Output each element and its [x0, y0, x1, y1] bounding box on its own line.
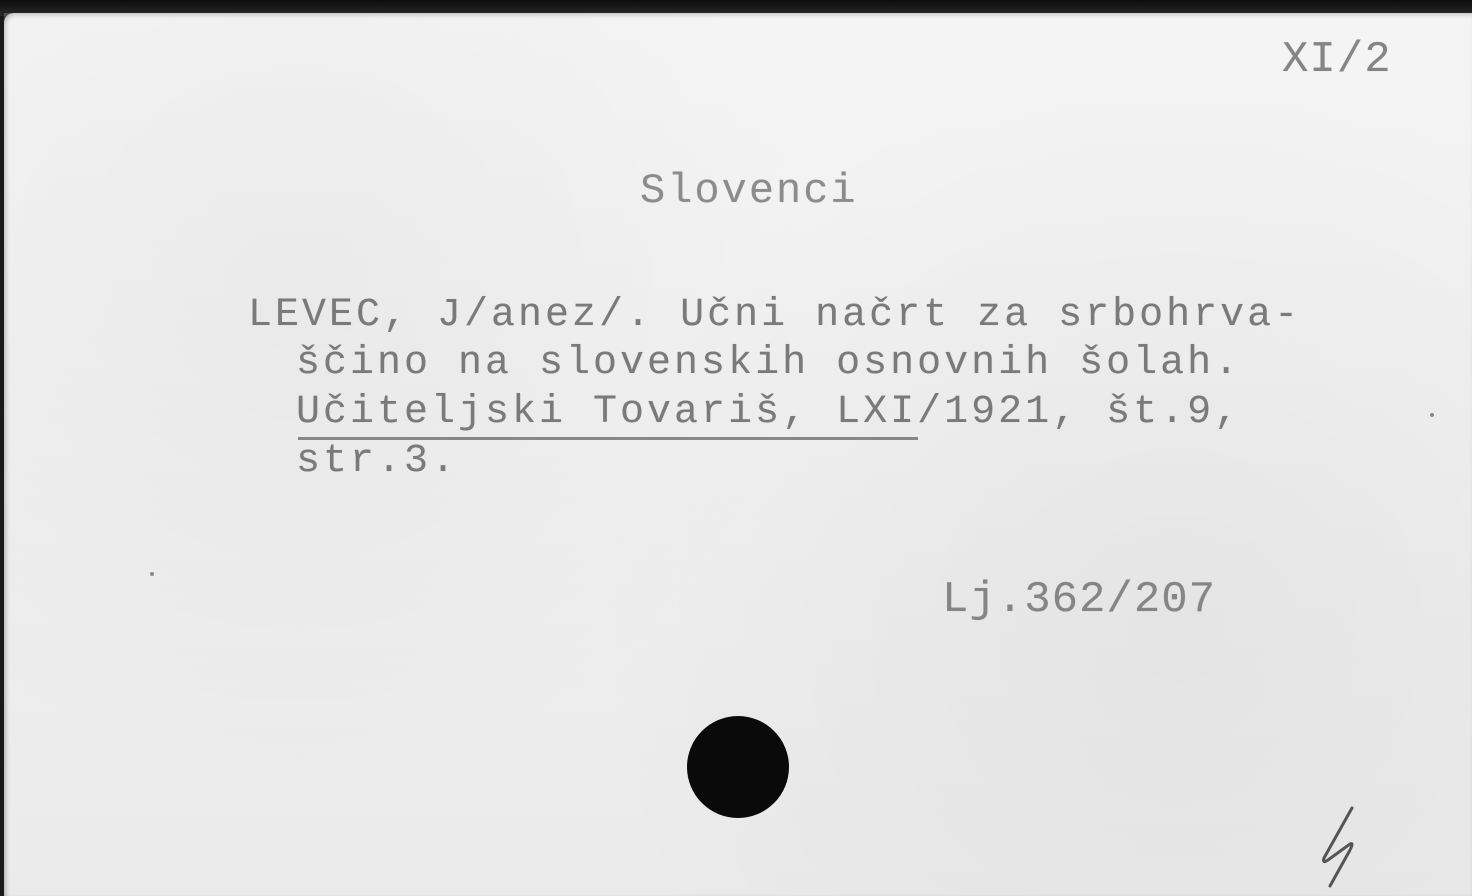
stray-mark	[150, 572, 154, 576]
call-number: XI/2	[1282, 38, 1392, 82]
entry-line-pages: str.3.	[296, 442, 458, 482]
entry-line-author-title: LEVEC, J/anez/. Učni načrt za srbohrva-	[248, 296, 1301, 336]
location-code: Lj.362/207	[942, 578, 1216, 622]
subject-heading: Slovenci	[640, 170, 858, 212]
stray-mark	[1430, 413, 1434, 417]
handwritten-mark-icon	[1310, 800, 1370, 890]
entry-line-title-cont: ščino na slovenskih osnovnih šolah.	[296, 344, 1241, 384]
punch-hole	[687, 716, 789, 818]
entry-line-source: Učiteljski Tovariš, LXI/1921, št.9,	[296, 393, 1241, 433]
